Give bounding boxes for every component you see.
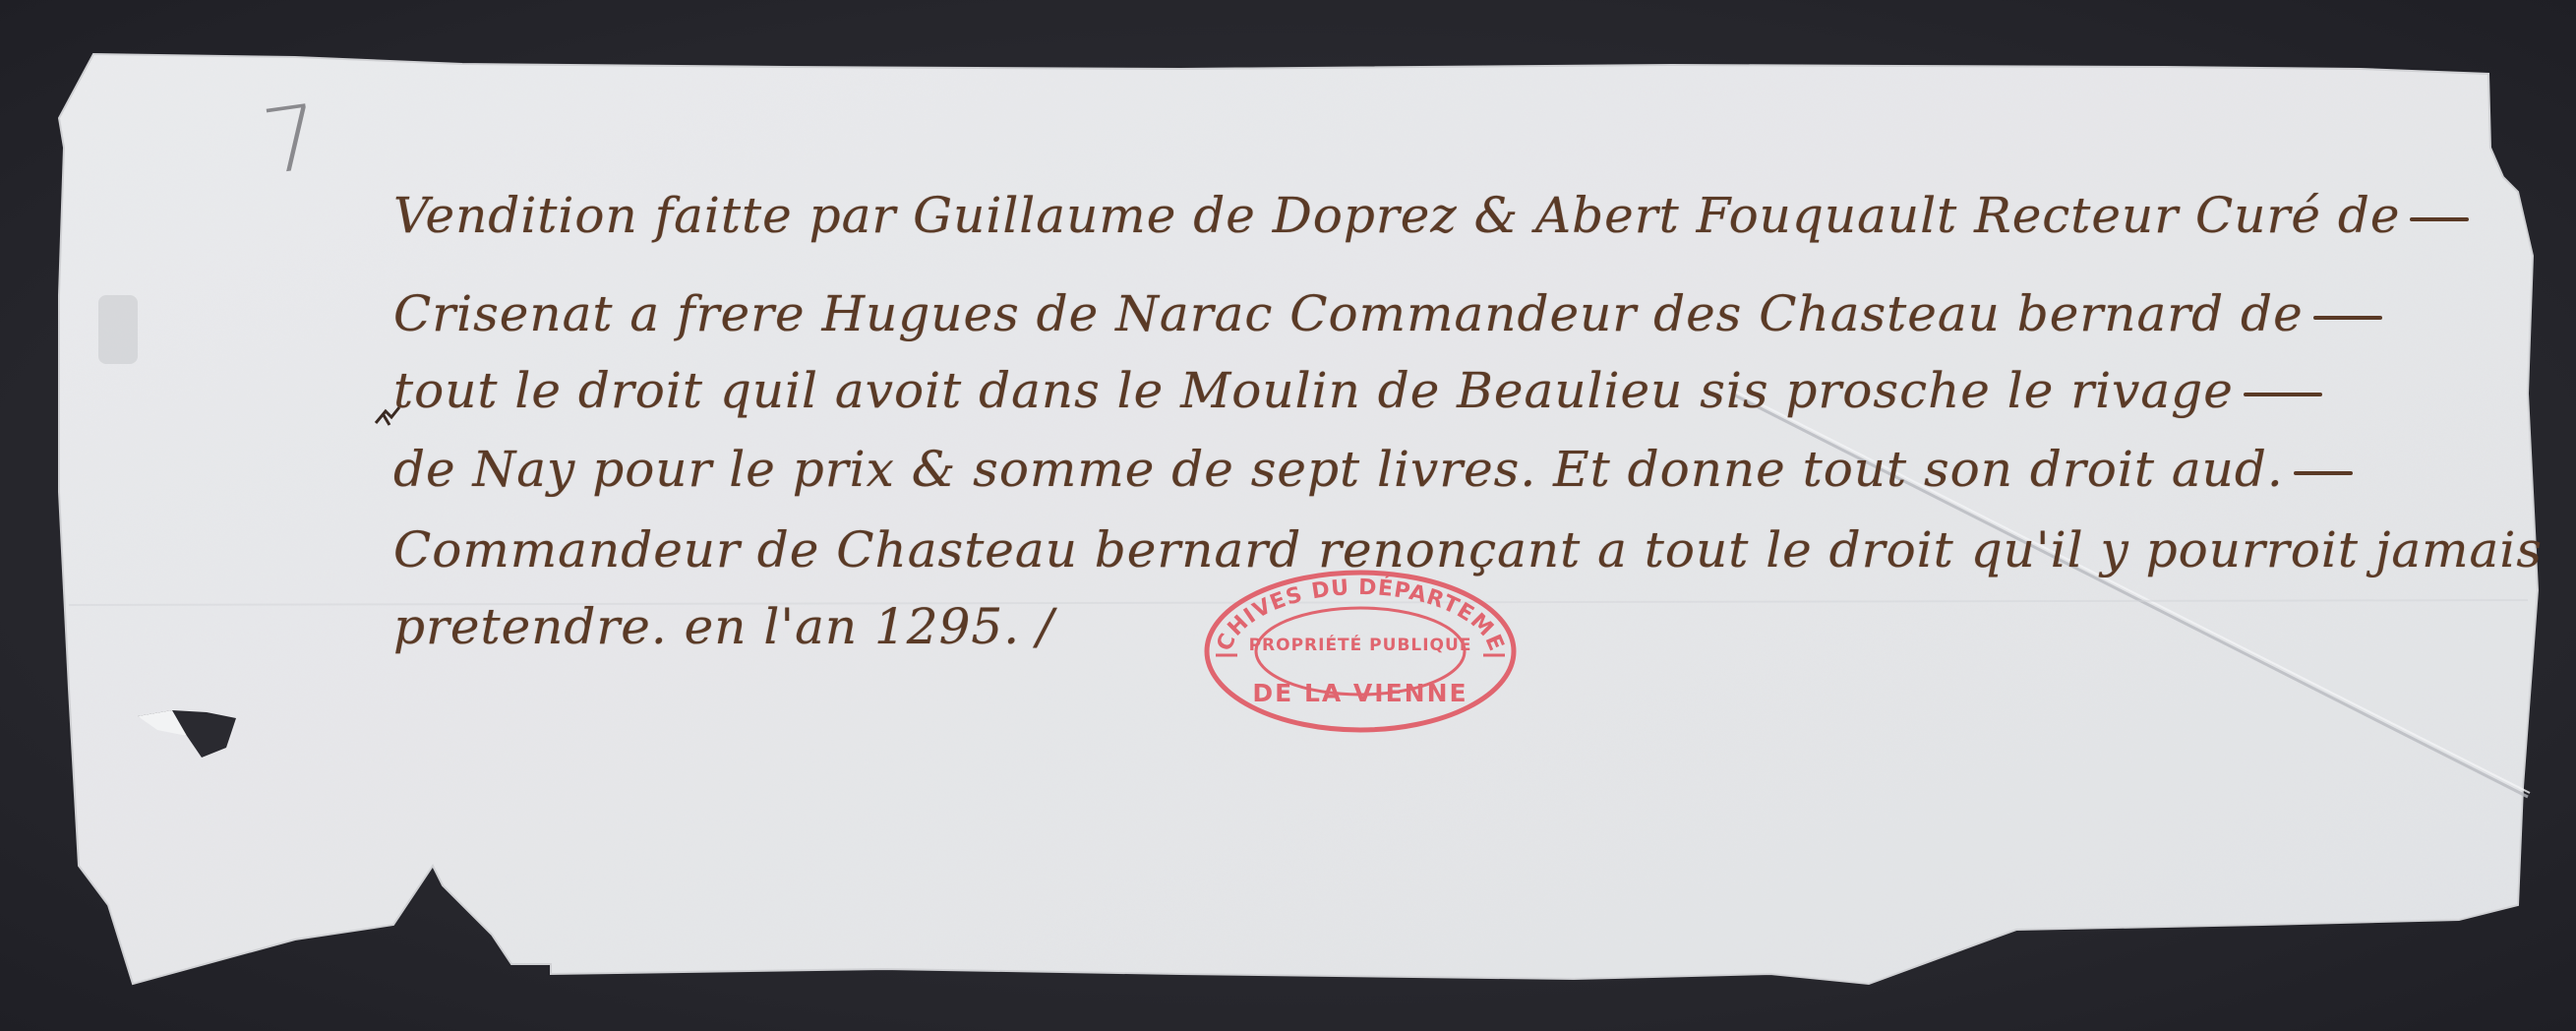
paper-sheet xyxy=(0,0,2576,1031)
manuscript-line-2: Crisenat a frere Hugues de Narac Command… xyxy=(393,285,2382,342)
manuscript-line-1: Vendition faitte par Guillaume de Doprez… xyxy=(393,187,2469,244)
paper-shape xyxy=(0,0,2576,1031)
manuscript-line-6-date: pretendre. en l'an 1295. / xyxy=(393,598,1054,655)
stamp-center-text: PROPRIÉTÉ PUBLIQUE xyxy=(1202,636,1519,655)
archive-stamp: ARCHIVES DU DÉPARTEMENT PROPRIÉTÉ PUBLIQ… xyxy=(1202,569,1519,734)
stamp-bottom-text: DE LA VIENNE xyxy=(1202,679,1519,707)
manuscript-line-3: tout le droit quil avoit dans le Moulin … xyxy=(393,362,2322,419)
manuscript-line-4: de Nay pour le prix & somme de sept livr… xyxy=(393,441,2353,498)
